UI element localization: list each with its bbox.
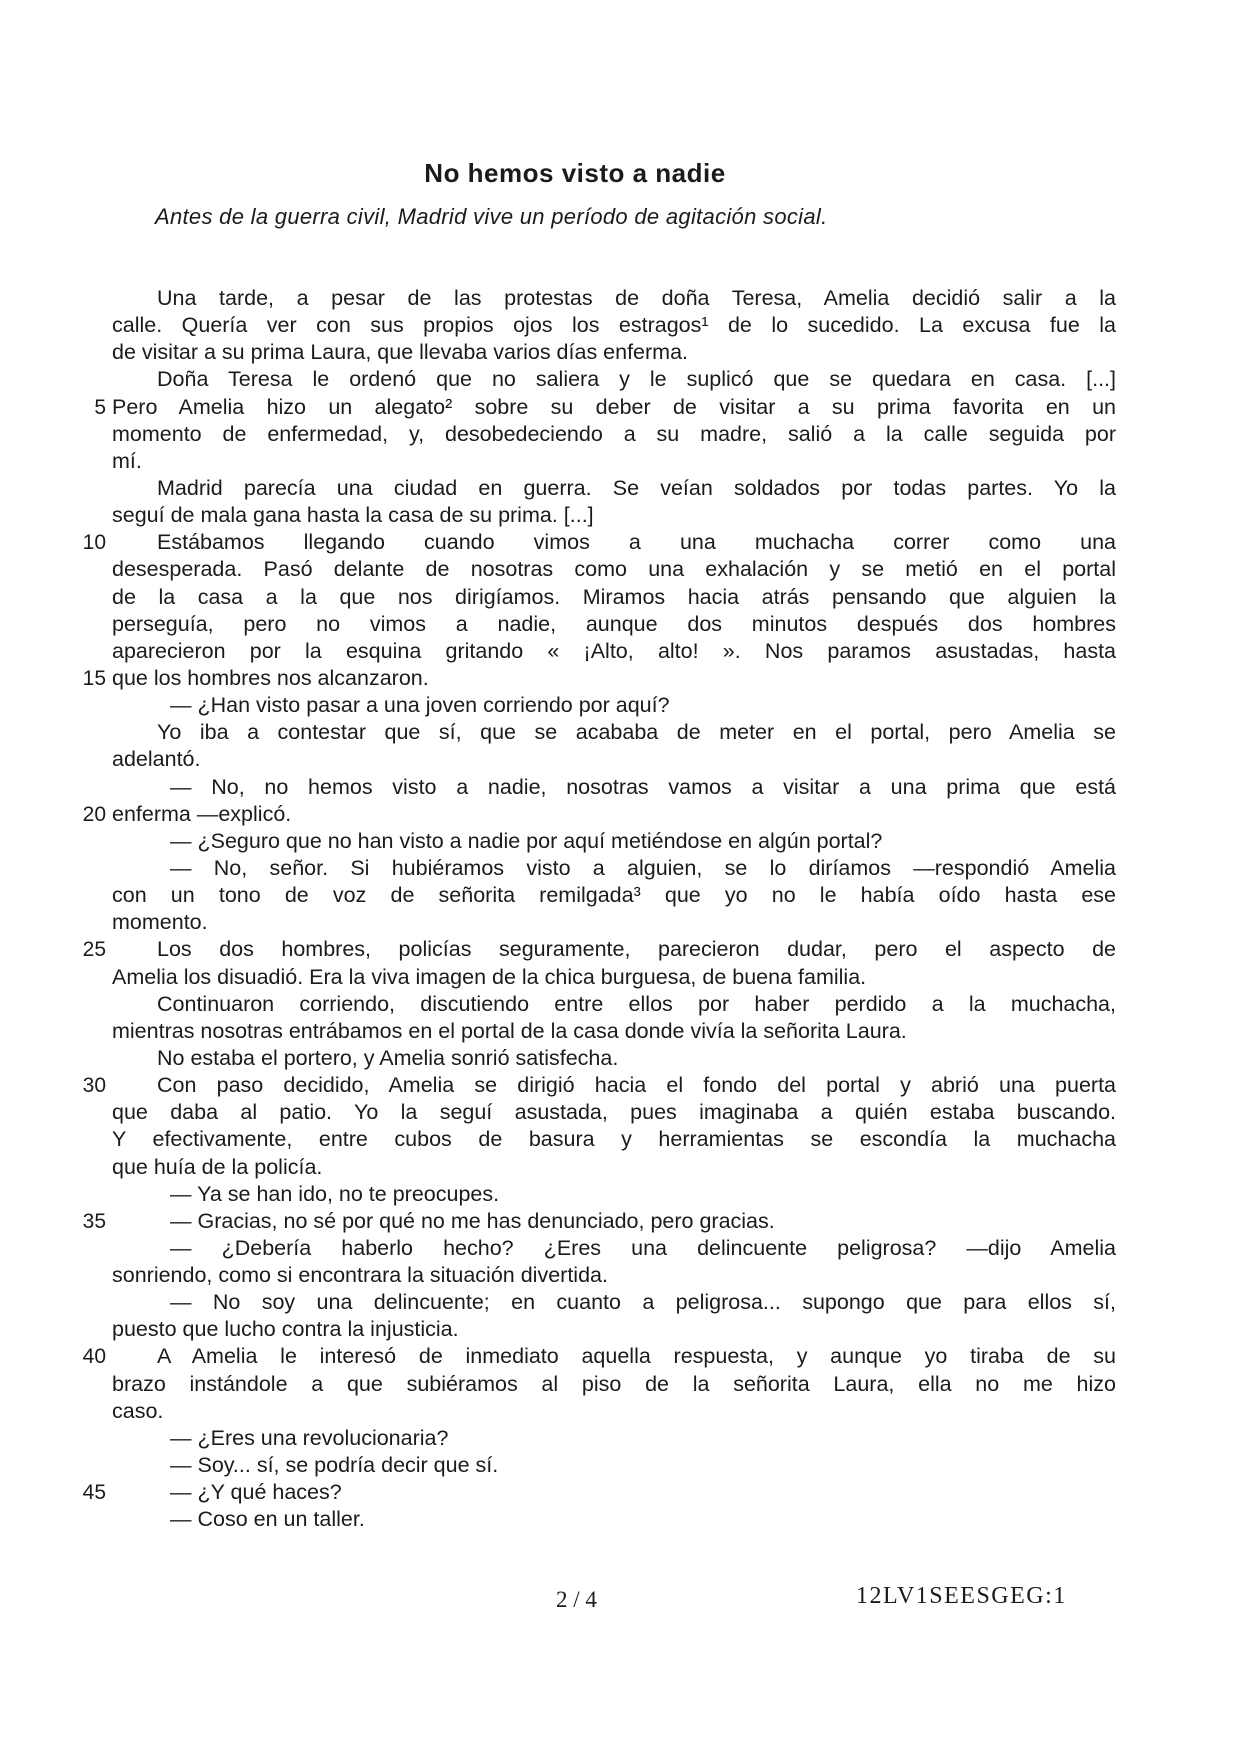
page-footer: 2 / 4 12LV1SEESGEG:1 xyxy=(0,1583,1240,1623)
text-line: No estaba el portero, y Amelia sonrió sa… xyxy=(112,1045,1116,1072)
line-text: No estaba el portero, y Amelia sonrió sa… xyxy=(112,1045,1116,1072)
text-line: — ¿Eres una revolucionaria? xyxy=(112,1425,1116,1452)
line-text: de la casa a la que nos dirigíamos. Mira… xyxy=(112,584,1116,611)
text-line: 45— ¿Y qué haces? xyxy=(112,1479,1116,1506)
line-text: — Coso en un taller. xyxy=(112,1506,1116,1533)
text-line: mientras nosotras entrábamos en el porta… xyxy=(112,1018,1116,1045)
line-text: Los dos hombres, policías seguramente, p… xyxy=(112,936,1116,963)
line-number: 25 xyxy=(72,936,106,963)
line-text: de visitar a su prima Laura, que llevaba… xyxy=(112,339,1116,366)
line-text: enferma —explicó. xyxy=(112,801,1116,828)
line-text: calle. Quería ver con sus propios ojos l… xyxy=(112,312,1116,339)
line-text: caso. xyxy=(112,1398,1116,1425)
document-code: 12LV1SEESGEG:1 xyxy=(856,1583,1067,1610)
text-line: de visitar a su prima Laura, que llevaba… xyxy=(112,339,1116,366)
line-text: perseguía, pero no vimos a nadie, aunque… xyxy=(112,611,1116,638)
text-line: Y efectivamente, entre cubos de basura y… xyxy=(112,1126,1116,1153)
text-line: Continuaron corriendo, discutiendo entre… xyxy=(112,991,1116,1018)
line-text: — Soy... sí, se podría decir que sí. xyxy=(112,1452,1116,1479)
text-line: de la casa a la que nos dirigíamos. Mira… xyxy=(112,584,1116,611)
text-line: Yo iba a contestar que sí, que se acabab… xyxy=(112,719,1116,746)
line-text: Con paso decidido, Amelia se dirigió hac… xyxy=(112,1072,1116,1099)
line-text: Doña Teresa le ordenó que no saliera y l… xyxy=(112,366,1116,393)
text-line: Una tarde, a pesar de las protestas de d… xyxy=(112,285,1116,312)
text-line: — No soy una delincuente; en cuanto a pe… xyxy=(112,1289,1116,1316)
line-text: — Gracias, no sé por qué no me has denun… xyxy=(112,1208,1116,1235)
text-line: calle. Quería ver con sus propios ojos l… xyxy=(112,312,1116,339)
line-number: 30 xyxy=(72,1072,106,1099)
line-number: 45 xyxy=(72,1479,106,1506)
line-text: — ¿Han visto pasar a una joven corriendo… xyxy=(112,692,1116,719)
line-number: 15 xyxy=(72,665,106,692)
line-text: — ¿Eres una revolucionaria? xyxy=(112,1425,1116,1452)
text-line: caso. xyxy=(112,1398,1116,1425)
text-line: brazo instándole a que subiéramos al pis… xyxy=(112,1371,1116,1398)
text-line: sonriendo, como si encontrara la situaci… xyxy=(112,1262,1116,1289)
text-line: mí. xyxy=(112,448,1116,475)
text-line: — ¿Han visto pasar a una joven corriendo… xyxy=(112,692,1116,719)
line-text: que daba al patio. Yo la seguí asustada,… xyxy=(112,1099,1116,1126)
text-line: — Ya se han ido, no te preocupes. xyxy=(112,1181,1116,1208)
line-text: — ¿Y qué haces? xyxy=(112,1479,1116,1506)
text-line: perseguía, pero no vimos a nadie, aunque… xyxy=(112,611,1116,638)
text-line: momento. xyxy=(112,909,1116,936)
text-line: puesto que lucho contra la injusticia. xyxy=(112,1316,1116,1343)
line-text: Madrid parecía una ciudad en guerra. Se … xyxy=(112,475,1116,502)
line-text: Continuaron corriendo, discutiendo entre… xyxy=(112,991,1116,1018)
text-line: momento de enfermedad, y, desobedeciendo… xyxy=(112,421,1116,448)
line-text: Estábamos llegando cuando vimos a una mu… xyxy=(112,529,1116,556)
line-text: Yo iba a contestar que sí, que se acabab… xyxy=(112,719,1116,746)
line-text: que huía de la policía. xyxy=(112,1154,1116,1181)
text-line: seguí de mala gana hasta la casa de su p… xyxy=(112,502,1116,529)
text-line: aparecieron por la esquina gritando « ¡A… xyxy=(112,638,1116,665)
page-number: 2 / 4 xyxy=(556,1587,597,1613)
line-text: mientras nosotras entrábamos en el porta… xyxy=(112,1018,1116,1045)
title-block: No hemos visto a nadie xyxy=(0,158,1150,189)
line-number: 5 xyxy=(72,394,106,421)
line-text: — Ya se han ido, no te preocupes. xyxy=(112,1181,1116,1208)
text-line: Doña Teresa le ordenó que no saliera y l… xyxy=(112,366,1116,393)
text-line: 5Pero Amelia hizo un alegato² sobre su d… xyxy=(112,394,1116,421)
line-text: brazo instándole a que subiéramos al pis… xyxy=(112,1371,1116,1398)
text-line: — No, no hemos visto a nadie, nosotras v… xyxy=(112,774,1116,801)
line-text: desesperada. Pasó delante de nosotras co… xyxy=(112,556,1116,583)
line-text: sonriendo, como si encontrara la situaci… xyxy=(112,1262,1116,1289)
line-text: — No soy una delincuente; en cuanto a pe… xyxy=(112,1289,1116,1316)
page-title: No hemos visto a nadie xyxy=(0,158,1150,189)
line-text: momento. xyxy=(112,909,1116,936)
intro-sentence: Antes de la guerra civil, Madrid vive un… xyxy=(155,204,828,230)
line-number: 10 xyxy=(72,529,106,556)
text-line: 10Estábamos llegando cuando vimos a una … xyxy=(112,529,1116,556)
text-line: 25Los dos hombres, policías seguramente,… xyxy=(112,936,1116,963)
text-line: con un tono de voz de señorita remilgada… xyxy=(112,882,1116,909)
text-line: — No, señor. Si hubiéramos visto a algui… xyxy=(112,855,1116,882)
line-text: Amelia los disuadió. Era la viva imagen … xyxy=(112,964,1116,991)
line-text: Pero Amelia hizo un alegato² sobre su de… xyxy=(112,394,1116,421)
line-text: adelantó. xyxy=(112,746,1116,773)
scanned-exam-page: { "page": { "title": "No hemos visto a n… xyxy=(0,0,1240,1754)
line-text: Y efectivamente, entre cubos de basura y… xyxy=(112,1126,1116,1153)
text-line: desesperada. Pasó delante de nosotras co… xyxy=(112,556,1116,583)
line-text: momento de enfermedad, y, desobedeciendo… xyxy=(112,421,1116,448)
text-line: 20enferma —explicó. xyxy=(112,801,1116,828)
text-line: adelantó. xyxy=(112,746,1116,773)
line-text: A Amelia le interesó de inmediato aquell… xyxy=(112,1343,1116,1370)
text-body: Una tarde, a pesar de las protestas de d… xyxy=(112,285,1116,1533)
line-number: 35 xyxy=(72,1208,106,1235)
text-line: Amelia los disuadió. Era la viva imagen … xyxy=(112,964,1116,991)
line-number: 40 xyxy=(72,1343,106,1370)
text-line: — Coso en un taller. xyxy=(112,1506,1116,1533)
text-line: 15que los hombres nos alcanzaron. xyxy=(112,665,1116,692)
text-line: que daba al patio. Yo la seguí asustada,… xyxy=(112,1099,1116,1126)
line-text: Una tarde, a pesar de las protestas de d… xyxy=(112,285,1116,312)
text-line: 40A Amelia le interesó de inmediato aque… xyxy=(112,1343,1116,1370)
line-number: 20 xyxy=(72,801,106,828)
text-line: — Soy... sí, se podría decir que sí. xyxy=(112,1452,1116,1479)
line-text: — No, no hemos visto a nadie, nosotras v… xyxy=(112,774,1116,801)
line-text: mí. xyxy=(112,448,1116,475)
line-text: puesto que lucho contra la injusticia. xyxy=(112,1316,1116,1343)
text-line: — ¿Debería haberlo hecho? ¿Eres una deli… xyxy=(112,1235,1116,1262)
text-line: que huía de la policía. xyxy=(112,1154,1116,1181)
text-line: 30Con paso decidido, Amelia se dirigió h… xyxy=(112,1072,1116,1099)
line-text: que los hombres nos alcanzaron. xyxy=(112,665,1116,692)
line-text: — ¿Debería haberlo hecho? ¿Eres una deli… xyxy=(112,1235,1116,1262)
text-line: Madrid parecía una ciudad en guerra. Se … xyxy=(112,475,1116,502)
line-text: aparecieron por la esquina gritando « ¡A… xyxy=(112,638,1116,665)
text-line: 35— Gracias, no sé por qué no me has den… xyxy=(112,1208,1116,1235)
line-text: con un tono de voz de señorita remilgada… xyxy=(112,882,1116,909)
line-text: seguí de mala gana hasta la casa de su p… xyxy=(112,502,1116,529)
text-line: — ¿Seguro que no han visto a nadie por a… xyxy=(112,828,1116,855)
line-text: — ¿Seguro que no han visto a nadie por a… xyxy=(112,828,1116,855)
line-text: — No, señor. Si hubiéramos visto a algui… xyxy=(112,855,1116,882)
